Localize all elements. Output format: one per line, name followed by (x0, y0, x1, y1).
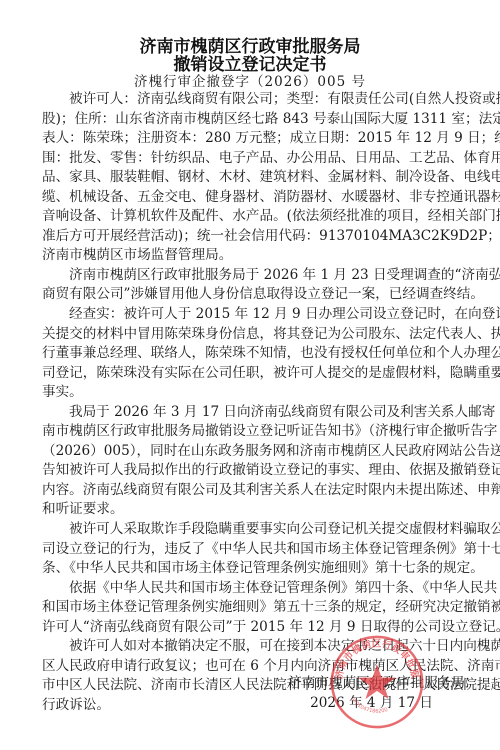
body-line: 准后方可开展经营活动)；统一社会信用代码：91370104MA3C2K9D2P；… (42, 227, 465, 247)
body-line: 和听证要求。 (42, 500, 465, 520)
body-line: 和国市场主体登记管理条例实施细则》第五十三条的规定，经研究决定撤销被 (42, 598, 465, 618)
body-line: 音响设备、计算机软件及配件、水产品。(依法须经批准的项目，经相关部门批 (42, 207, 465, 227)
body-line: 依据《中华人民共和国市场主体登记管理条例》第四十条、《中华人民共 (42, 579, 465, 599)
body-line: 围：批发、零售：针纺织品、电子产品、办公用品、日用品、工艺品、体育用 (42, 149, 465, 169)
body-line: 济南市槐荫区市场监督管理局。 (42, 246, 465, 266)
body-line: 告知被许可人我局拟作出的行政撤销设立登记的事实、理由、依据及撤销登记 (42, 461, 465, 481)
body-line: 被许可人采取欺诈手段隐瞒重要事实向公司登记机关提交虚假材料骗取公 (42, 520, 465, 540)
body-line: 行董事兼总经理、联络人，陈荣珠不知情，也没有授权任何单位和个人办理公 (42, 344, 465, 364)
body-line: 缆、机械设备、五金交电、健身器材、消防器材、水暖器材、非专控通讯器材、 (42, 188, 465, 208)
body-line: 被许可人：济南弘线商贸有限公司；类型：有限责任公司(自然人投资或控 (42, 90, 465, 110)
body-line: 股)；住所：山东省济南市槐荫区经七路 843 号泰山国际大厦 1311 室；法定… (42, 110, 465, 130)
body-line: 司设立登记的行为，违反了《中华人民共和国市场主体登记管理条例》第十七 (42, 540, 465, 560)
svg-text:3701047186200: 3701047186200 (349, 696, 389, 714)
official-seal-icon: 济南市槐荫区行政审批服务局 3701047186200 (328, 633, 426, 731)
body-line: 济南市槐荫区行政审批服务局于 2026 年 1 月 23 日受理调查的“济南弘线 (42, 266, 465, 286)
body-line: 事实。 (42, 383, 465, 403)
body-line: 内容。济南弘线商贸有限公司及其利害关系人在法定时限内未提出陈述、申辩 (42, 481, 465, 501)
body-line: 关提交的材料中冒用陈荣珠身份信息，将其登记为公司股东、法定代表人、执 (42, 325, 465, 345)
issuing-authority-title: 济南市槐荫区行政审批服务局 (0, 37, 500, 57)
body-line: 商贸有限公司”涉嫌冒用他人身份信息取得设立登记一案，已经调查终结。 (42, 285, 465, 305)
body-line: 表人：陈荣珠；注册资本：280 万元整；成立日期：2015 年 12 月 9 日… (42, 129, 465, 149)
document-body: 被许可人：济南弘线商贸有限公司；类型：有限责任公司(自然人投资或控 股)；住所：… (42, 90, 465, 716)
body-line: 条、《中华人民共和国市场主体登记管理条例实施细则》第十七条的规定。 (42, 559, 465, 579)
document-number: 济槐行审企撤登字（2026）005 号 (0, 73, 500, 91)
body-line: 经查实：被许可人于 2015 年 12 月 9 日办理公司设立登记时，在向登记机 (42, 305, 465, 325)
body-line: 我局于 2026 年 3 月 17 日向济南弘线商贸有限公司及利害关系人邮寄《济 (42, 403, 465, 423)
body-line: 品、家具、服装鞋帽、钢材、木材、建筑材料、金属材料、制冷设备、电线电 (42, 168, 465, 188)
body-line: （2026）005），同时在山东政务服务网和济南市槐荫区人民政府网站公告送达， (42, 442, 465, 462)
body-line: 司登记，陈荣珠没有实际在公司任职，被许可人提交的是虚假材料，隐瞒重要 (42, 364, 465, 384)
body-line: 南市槐荫区行政审批服务局撤销设立登记听证告知书》（济槐行审企撤听告字 (42, 422, 465, 442)
document-subtitle: 撤销设立登记决定书 (0, 55, 500, 75)
